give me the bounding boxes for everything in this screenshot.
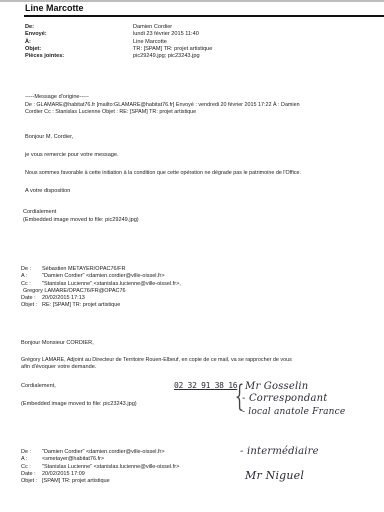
greeting-2: Bonjour Monsieur CORDIER, — [21, 340, 94, 347]
handwritten-line-2: - Correspondant — [242, 393, 328, 405]
handwritten-line-1: Mr Gosselin — [245, 381, 308, 393]
embedded-1: (Embedded image moved to file: pic29249.… — [23, 217, 139, 224]
para-2b: afin d'évoquer votre demande. — [21, 364, 96, 371]
scan-top-edge — [0, 0, 384, 2]
header-row-from: De:Damien Cordier — [25, 24, 212, 31]
handwritten-line-3: - local anatole France — [242, 406, 345, 418]
original-line2: Cordier Cc : Stanislas Lucienne Objet : … — [25, 109, 196, 116]
header-row-subject: Objet:TR: [SPAM] TR: projet artistique — [25, 46, 212, 53]
header-row-to: À:Line Marcotte — [25, 39, 212, 46]
title-rule — [24, 15, 384, 17]
document-title: Line Marcotte — [25, 3, 84, 13]
message2-meta: De :Sébastien METAYER/OPAC76/FR A :"Dami… — [21, 266, 181, 310]
message3-meta: De :"Damien Cordier" <damien.cordier@vil… — [21, 449, 179, 485]
handwritten-phone: 02 32 91 38 16 — [174, 381, 237, 390]
handwritten-line-5: Mr Niguel — [245, 470, 304, 482]
closing-1: Cordialement — [23, 209, 56, 216]
original-separator: -----Message d'origine----- — [25, 94, 89, 101]
email-header: De:Damien Cordier Envoyé:lundi 23 févrie… — [25, 24, 212, 60]
greeting-1: Bonjour M. Cordier, — [25, 134, 73, 141]
para-1: je vous remercie pour votre message. — [25, 152, 119, 159]
para-3: A votre disposition — [25, 188, 70, 195]
closing-2: Cordialement, — [21, 383, 56, 390]
handwritten-line-4: - intermédiaire — [240, 446, 319, 458]
embedded-2: (Embedded image moved to file: pic23243.… — [21, 401, 137, 408]
para-2: Nous sommes favorable à cette initiation… — [25, 170, 301, 177]
header-row-attachments: Pièces jointes:pic29249.jpg; pic23243.jp… — [25, 53, 212, 60]
header-row-sent: Envoyé:lundi 23 février 2015 11:40 — [25, 31, 212, 38]
